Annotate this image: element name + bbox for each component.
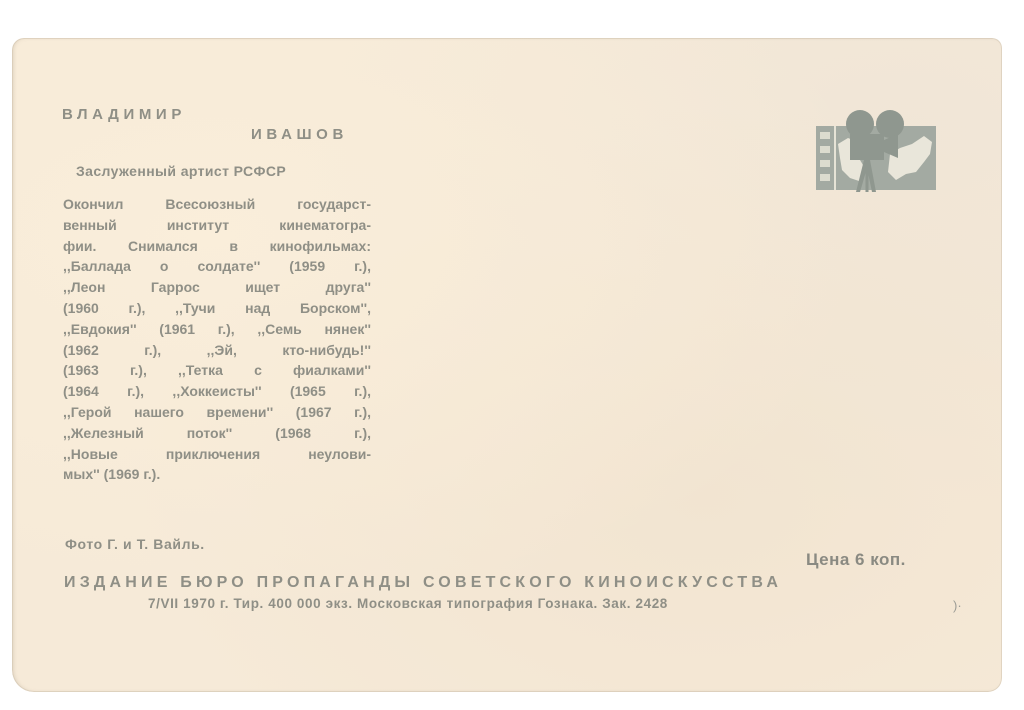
- actor-last-name: ИВАШОВ: [251, 126, 348, 143]
- biography-text: Окончил Всесоюзный государст-венный инст…: [63, 194, 371, 485]
- biography-line: ,,Железный поток'' (1968 г.),: [63, 423, 371, 444]
- biography-line: (1964 г.), ,,Хоккеисты'' (1965 г.),: [63, 381, 371, 402]
- actor-first-name: ВЛАДИМИР: [62, 106, 186, 123]
- biography-line: ,,Герой нашего времени'' (1967 г.),: [63, 402, 371, 423]
- imprint-line: 7/VII 1970 г. Тир. 400 000 экз. Московск…: [148, 596, 668, 611]
- biography-line: мых'' (1969 г.).: [63, 464, 371, 485]
- biography-line: (1963 г.), ,,Тетка с фиалками'': [63, 360, 371, 381]
- biography-line: ,,Новые приключения неулови-: [63, 444, 371, 465]
- biography-line: венный институт кинематогра-: [63, 215, 371, 236]
- corner-mark: )·: [953, 598, 962, 613]
- photo-credit: Фото Г. и Т. Вайль.: [65, 536, 205, 552]
- price-label: Цена 6 коп.: [806, 550, 906, 570]
- biography-line: фии. Снимался в кинофильмах:: [63, 236, 371, 257]
- publisher-line: ИЗДАНИЕ БЮРО ПРОПАГАНДЫ СОВЕТСКОГО КИНОИ…: [64, 574, 782, 592]
- actor-title: Заслуженный артист РСФСР: [76, 163, 286, 179]
- biography-line: ,,Баллада о солдате'' (1959 г.),: [63, 256, 371, 277]
- biography-line: ,,Евдокия'' (1961 г.), ,,Семь нянек'': [63, 319, 371, 340]
- biography-line: Окончил Всесоюзный государст-: [63, 194, 371, 215]
- biography-line: ,,Леон Гаррос ищет друга'': [63, 277, 371, 298]
- film-camera-map-emblem-icon: [814, 108, 940, 196]
- biography-line: (1962 г.), ,,Эй, кто-нибудь!'': [63, 340, 371, 361]
- biography-line: (1960 г.), ,,Тучи над Борском'',: [63, 298, 371, 319]
